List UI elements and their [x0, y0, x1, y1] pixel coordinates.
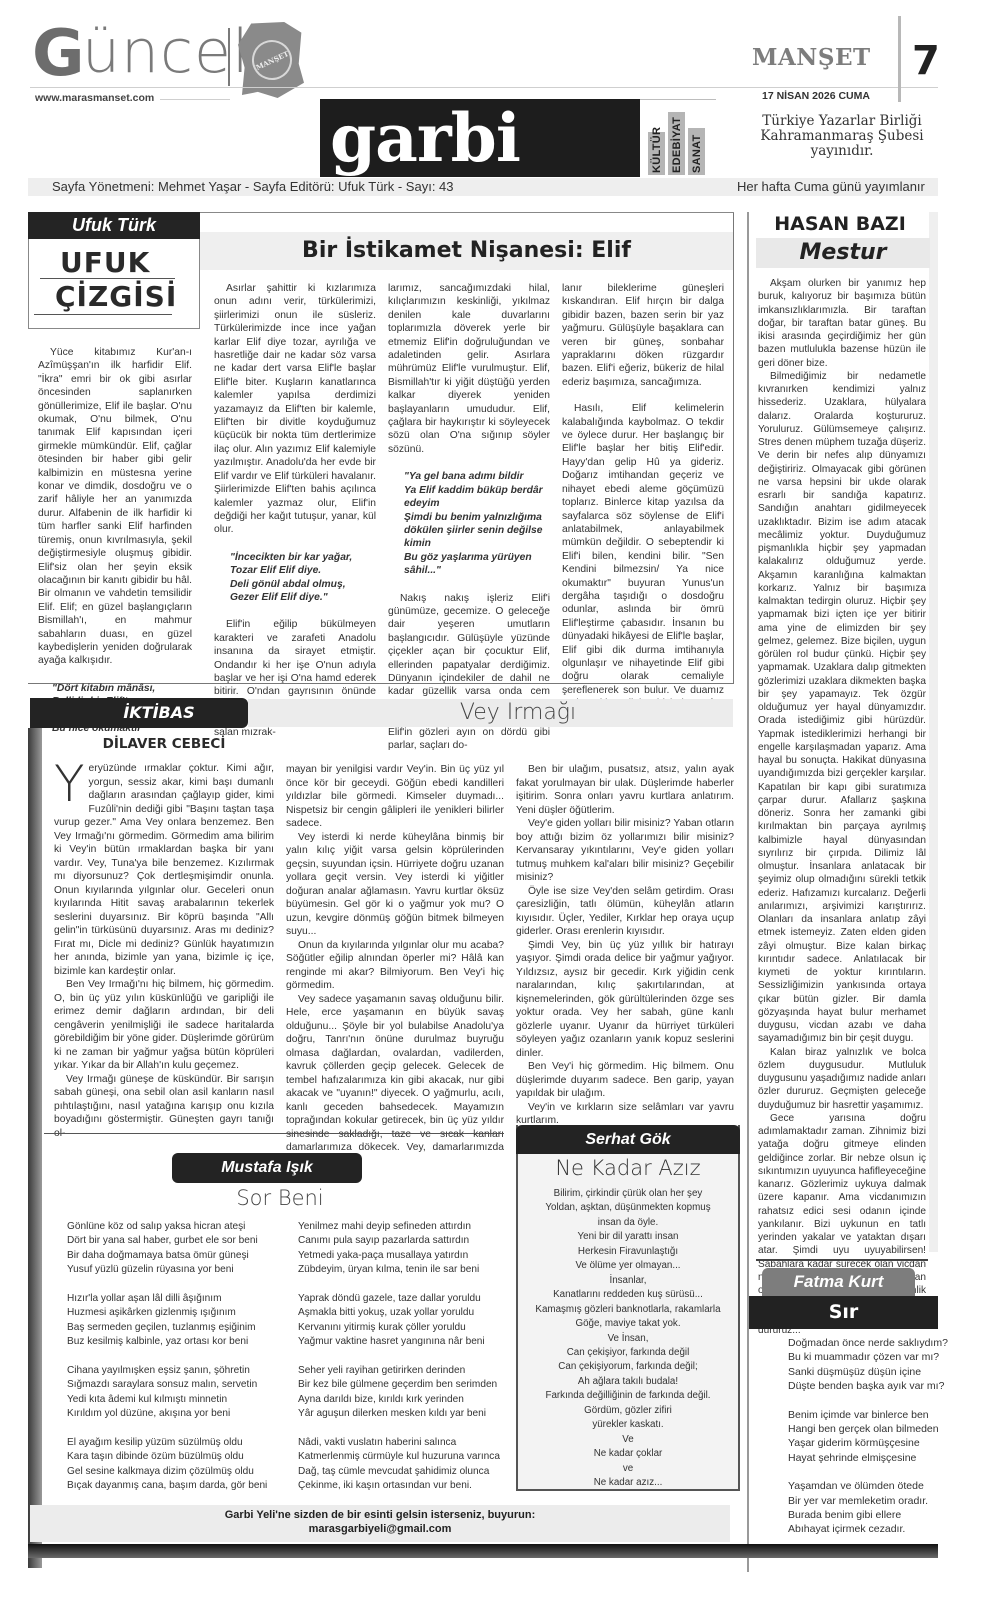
- columnist-name: HASAN BAZI: [756, 213, 924, 235]
- poet-name: Fatma Kurt: [762, 1268, 915, 1296]
- drop-cap: Y: [54, 764, 85, 804]
- paragraph: Ben Vey Irmağı'nı hiç bilmem, hiç görmed…: [54, 978, 274, 1073]
- article-headline: Mestur: [756, 238, 930, 268]
- paragraph: Şimdi Vey, bin üç yüz yıllık bir hatıray…: [516, 939, 734, 1061]
- paragraph: Hasılı, Elif kelimelerin kalabalığında k…: [562, 402, 724, 724]
- paragraph: Akşam olurken bir yanımız hep buruk, kal…: [758, 277, 926, 370]
- logo-divider: [228, 28, 230, 86]
- vey-column-1: Yeryüzünde ırmaklar çoktur. Kimi ağır, y…: [54, 762, 274, 1140]
- elif-column-3: larımız, sancağımızdaki hilal, kılıçları…: [388, 282, 550, 752]
- poem-title: Sor Beni: [180, 1186, 380, 1210]
- stanza: Yaprak döndü gazele, taze dallar yoruldu…: [298, 1292, 500, 1350]
- seal-label: MANŞET: [245, 33, 298, 86]
- stanza: Gönlüne köz od salıp yaksa hicran ateşi …: [67, 1220, 267, 1278]
- stanza: Seher yeli rayihan getirirken derinden B…: [298, 1364, 500, 1422]
- website-rule: [155, 99, 230, 100]
- title-rule: [640, 99, 716, 100]
- paragraph: Onun da kıyılarında yılgınlar olur mu ac…: [286, 939, 504, 993]
- column-name-line1: UFUK: [60, 246, 150, 279]
- tag-edebiyat: EDEBİYAT: [668, 112, 685, 175]
- right-column-shade: [929, 212, 938, 1252]
- footer-note: Garbi Yeli'ne sizden de bir esinti gelsi…: [30, 1508, 730, 1536]
- stanza: Cihana yayılmışken eşsiz şanın, şöhretin…: [67, 1364, 267, 1422]
- stanza: El ayağım kesilip yüzüm süzülmüş oldu Ka…: [67, 1436, 267, 1494]
- paragraph: Ben bir ulağım, pusatsız, atsız, yalın a…: [516, 763, 734, 817]
- stanza: Yaşamdan ve ölümden ötede Bir yer var me…: [788, 1479, 948, 1537]
- bottom-band: [28, 1544, 938, 1558]
- paragraph: Nakış nakış işleriz Elif'i günümüze, gec…: [388, 592, 550, 753]
- paragraph: Öyle ise size Vey'den selâm getirdim. Or…: [516, 885, 734, 939]
- section-title: garbi yeli: [320, 99, 640, 177]
- paragraph: Vey sadece yaşamanın savaş olduğunu bili…: [286, 993, 504, 1169]
- ne-kadar-aziz-poem: Bilirim, çirkindir çürük olan her şey Yo…: [516, 1187, 740, 1491]
- right-column-border: [747, 212, 749, 1572]
- section-rule: [756, 1259, 928, 1261]
- article-headline: Bir İstikamet Nişanesi: Elif: [200, 232, 733, 270]
- stanza: Nâdi, vakti vuslatın haberini salınca Ka…: [298, 1436, 500, 1494]
- header-rule: [30, 87, 938, 88]
- elif-top-rule: [200, 212, 734, 213]
- paragraph: Ben Vey'i hiç görmedim. Hiç bilmem. Onu …: [516, 1060, 734, 1101]
- tag-sanat: SANAT: [688, 128, 705, 175]
- poem-title: Sır: [749, 1296, 938, 1329]
- tag-kultur: KÜLTÜR: [648, 132, 665, 175]
- paper-name: MANŞET: [752, 44, 871, 71]
- sor-beni-left: Gönlüne köz od salıp yaksa hicran ateşi …: [67, 1220, 267, 1508]
- paragraph: Vey'in ve kırkların size selâmları var y…: [516, 1101, 734, 1128]
- section-label: İKTİBAS: [30, 698, 248, 728]
- left-gradient-bar: [28, 728, 42, 1568]
- paragraph: Vey Irmağı güneşe de küskündür. Bir sarı…: [54, 1073, 274, 1141]
- logo-text: üncel: [82, 22, 250, 82]
- elif-column-4: lanır bileklerime güneşleri kıskandıran.…: [562, 282, 724, 724]
- column-underline: [34, 314, 172, 315]
- elif-column-2: Asırlar şahittir ki kızlarımıza onun adı…: [214, 282, 376, 739]
- paragraph: Asırlar şahittir ki kızlarımıza onun adı…: [214, 282, 376, 537]
- page-divider: [898, 16, 901, 102]
- contact-email-link[interactable]: marasgarbiyeli@gmail.com: [30, 1522, 730, 1536]
- author-name: DİLAVER CEBECİ: [44, 736, 284, 752]
- column-name-line2: ÇİZGİSİ: [55, 280, 177, 313]
- stanza: Benim içimde var binlerce ben Hangi ben …: [788, 1408, 948, 1466]
- sor-beni-right: Yenilmez mahi deyip sefineden attırdın C…: [298, 1220, 500, 1508]
- paragraph: Vey'e giden yolları bilir misiniz? Yaban…: [516, 817, 734, 885]
- publisher-note: Türkiye Yazarlar Birliği Kahramanmaraş Ş…: [742, 114, 942, 159]
- stanza: Doğmadan önce nerde saklıydım? Bu ki mua…: [788, 1336, 948, 1394]
- paragraph: mayan bir yenilgisi vardır Vey'in. Bin ü…: [286, 763, 504, 831]
- footer-invitation: Garbi Yeli'ne sizden de bir esinti gelsi…: [30, 1508, 730, 1522]
- poet-name: Mustafa Işık: [172, 1153, 362, 1183]
- poem-title: Ne Kadar Azız: [516, 1156, 740, 1180]
- editorial-credits: Sayfa Yönetmeni: Mehmet Yaşar - Sayfa Ed…: [52, 179, 454, 194]
- poem-quote: "İncecikten bir kar yağar, Tozar Elif El…: [214, 551, 376, 605]
- logo-letter-g: G: [32, 22, 83, 86]
- paragraph: lanır bileklerime güneşleri kıskandıran.…: [562, 282, 724, 389]
- website-link[interactable]: www.marasmanset.com: [35, 92, 160, 104]
- paragraph: larımız, sancağımızdaki hilal, kılıçları…: [388, 282, 550, 456]
- vey-column-2: mayan bir yenilgisi vardır Vey'in. Bin ü…: [286, 763, 504, 1168]
- article-headline: Vey Irmağı: [248, 699, 788, 727]
- poet-name: Serhat Gök: [516, 1125, 740, 1154]
- column-underline: [40, 278, 175, 279]
- paragraph: Yeryüzünde ırmaklar çoktur. Kimi ağır, y…: [54, 762, 274, 978]
- vey-column-3: Ben bir ulağım, pusatsız, atsız, yalın a…: [516, 763, 734, 1128]
- sir-poem: Doğmadan önce nerde saklıydım? Bu ki mua…: [788, 1336, 948, 1551]
- stanza: Yenilmez mahi deyip sefineden attırdın C…: [298, 1220, 500, 1278]
- section-rule: [44, 1133, 504, 1134]
- stanza: Hızır'la yollar aşan lâl dilli âşığınım …: [67, 1292, 267, 1350]
- poem-quote: "Ya gel bana adımı bildir Ya Elif kaddim…: [388, 470, 550, 577]
- paragraph: Yüce kitabımız Kur'an-ı Azîmüşşan'ın ilk…: [38, 346, 192, 668]
- paragraph: Kalan biraz yalnızlık ve bolca özlem duy…: [758, 1046, 926, 1112]
- paragraph: Vey isterdi ki nerde küheylâna binmiş bi…: [286, 831, 504, 939]
- elif-column-1: Yüce kitabımız Kur'an-ı Azîmüşşan'ın ilk…: [38, 346, 192, 749]
- columnist-name: Ufuk Türk: [28, 212, 200, 239]
- issue-date: 17 NİSAN 2026 CUMA: [762, 90, 870, 102]
- page-number: 7: [912, 38, 940, 84]
- publication-frequency: Her hafta Cuma günü yayımlanır: [737, 179, 925, 194]
- mestur-body: Akşam olurken bir yanımız hep buruk, kal…: [758, 277, 926, 1337]
